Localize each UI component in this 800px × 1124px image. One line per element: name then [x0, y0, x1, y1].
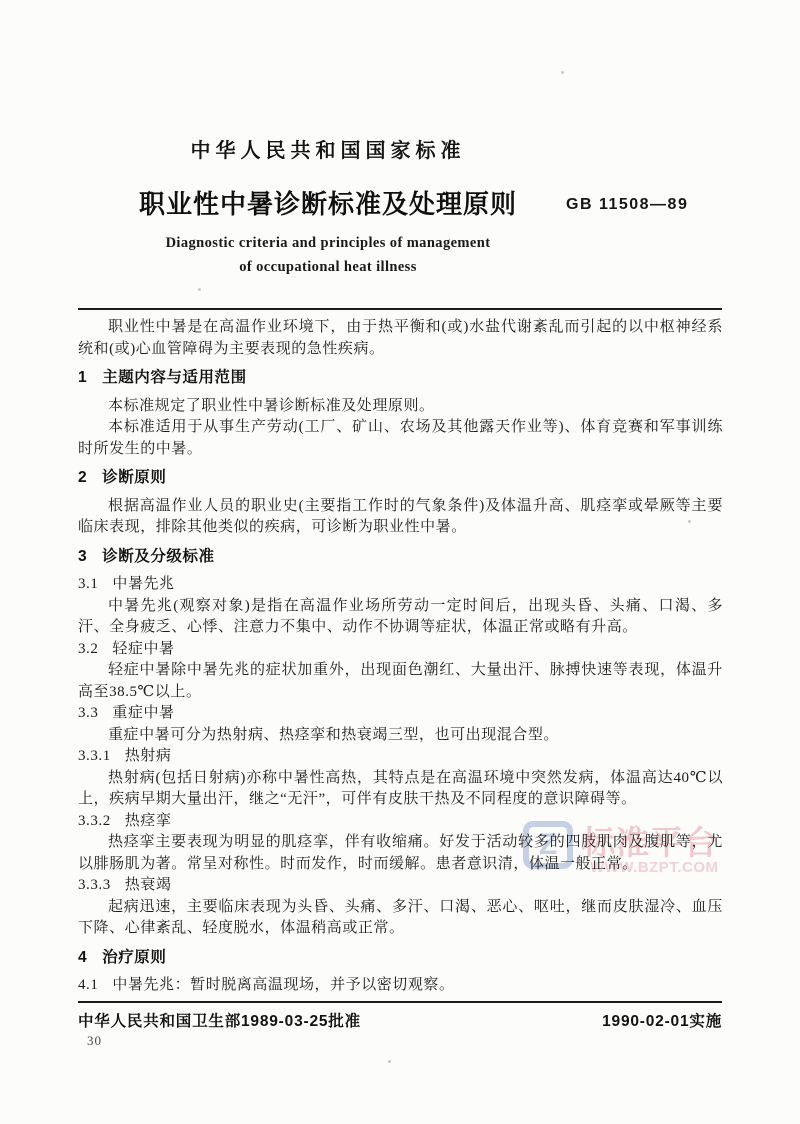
paragraph: 本标准适用于从事生产劳动(工厂、矿山、农场及其他露天作业等)、体育竞赛和军事训练…	[78, 417, 723, 460]
document-title-english-line2: of occupational heat illness	[78, 259, 578, 276]
section-title: 主题内容与适用范围	[102, 369, 246, 386]
section-heading: 2诊断原则	[78, 467, 723, 489]
approval-statement: 中华人民共和国卫生部1989-03-25批准	[78, 1009, 361, 1031]
paragraph: 根据高温作业人员的职业史(主要指工作时的气象条件)及体温升高、肌痉挛或晕厥等主要…	[78, 496, 723, 539]
section-heading: 3诊断及分级标准	[78, 546, 723, 568]
section-title: 热射病	[125, 748, 172, 764]
paragraph: 本标准规定了职业性中暑诊断标准及处理原则。	[78, 396, 723, 418]
footer: 中华人民共和国卫生部1989-03-25批准 1990-02-01实施	[78, 1009, 722, 1031]
section-number: 3.3.2	[78, 813, 111, 829]
section-number: 3.3.1	[78, 748, 111, 764]
paragraph: 职业性中暑是在高温作业环境下，由于热平衡和(或)水盐代谢紊乱而引起的以中枢神经系…	[78, 317, 723, 360]
section-title: 中暑先兆	[112, 576, 174, 592]
section-number: 3.3	[78, 705, 98, 721]
implementation-date: 1990-02-01实施	[602, 1009, 722, 1031]
section-heading: 3.1中暑先兆	[78, 574, 723, 596]
scan-speck	[388, 1060, 391, 1063]
header-divider	[78, 308, 722, 310]
section-number: 1	[78, 369, 87, 386]
section-number: 3.3.3	[78, 877, 111, 893]
paragraph: 热痉挛主要表现为明显的肌痉挛，伴有收缩痛。好发于活动较多的四肢肌肉及腹肌等，尤以…	[78, 832, 723, 875]
section-heading: 4治疗原则	[78, 947, 723, 969]
section-number: 3.2	[78, 641, 98, 657]
section-heading: 3.3.3热衰竭	[78, 875, 723, 897]
section-heading: 3.3重症中暑	[78, 703, 723, 725]
paragraph: 起病迅速，主要临床表现为头昏、头痛、多汗、口渴、恶心、呕吐，继而皮肤湿冷、血压下…	[78, 897, 723, 940]
section-number: 4.1	[78, 977, 98, 993]
section-title: 热衰竭	[125, 877, 172, 893]
section-number: 3.1	[78, 576, 98, 592]
section-heading: 3.3.2热痉挛	[78, 811, 723, 833]
paragraph: 热射病(包括日射病)亦称中暑性高热，其特点是在高温环境中突然发病，体温高达40℃…	[78, 768, 723, 811]
standard-number: GB 11508—89	[566, 196, 688, 214]
document-title-english-line1: Diagnostic criteria and principles of ma…	[78, 235, 578, 252]
document-title: 职业性中暑诊断标准及处理原则	[60, 184, 596, 221]
document-body: 职业性中暑是在高温作业环境下，由于热平衡和(或)水盐代谢紊乱而引起的以中枢神经系…	[78, 317, 723, 999]
section-heading: 3.2轻症中暑	[78, 639, 723, 661]
section-title: 诊断原则	[102, 469, 166, 486]
section-title: 诊断及分级标准	[102, 548, 214, 565]
section-number: 4	[78, 949, 87, 966]
section-title: 治疗原则	[102, 949, 166, 966]
scan-speck	[561, 71, 564, 74]
footer-divider	[78, 1001, 722, 1003]
section-heading: 1主题内容与适用范围	[78, 367, 723, 389]
section-heading: 3.3.1热射病	[78, 746, 723, 768]
section-title: 重症中暑	[112, 705, 174, 721]
section-number: 3	[78, 548, 87, 565]
section-heading: 4.1中暑先兆：暂时脱离高温现场，并予以密切观察。	[78, 975, 723, 997]
section-title: 轻症中暑	[112, 641, 174, 657]
page-number: 30	[87, 1033, 102, 1049]
section-title: 热痉挛	[125, 813, 172, 829]
paragraph: 重症中暑可分为热射病、热痉挛和热衰竭三型，也可出现混合型。	[78, 725, 723, 747]
paragraph: 轻症中暑除中暑先兆的症状加重外，出现面色潮红、大量出汗、脉搏快速等表现，体温升高…	[78, 660, 723, 703]
section-number: 2	[78, 469, 87, 486]
section-title: 中暑先兆：暂时脱离高温现场，并予以密切观察。	[112, 977, 454, 993]
standard-label: 中华人民共和国国家标准	[78, 134, 578, 163]
paragraph: 中暑先兆(观察对象)是指在高温作业场所劳动一定时间后，出现头昏、头痛、口渴、多汗…	[78, 596, 723, 639]
scan-speck	[198, 288, 201, 291]
